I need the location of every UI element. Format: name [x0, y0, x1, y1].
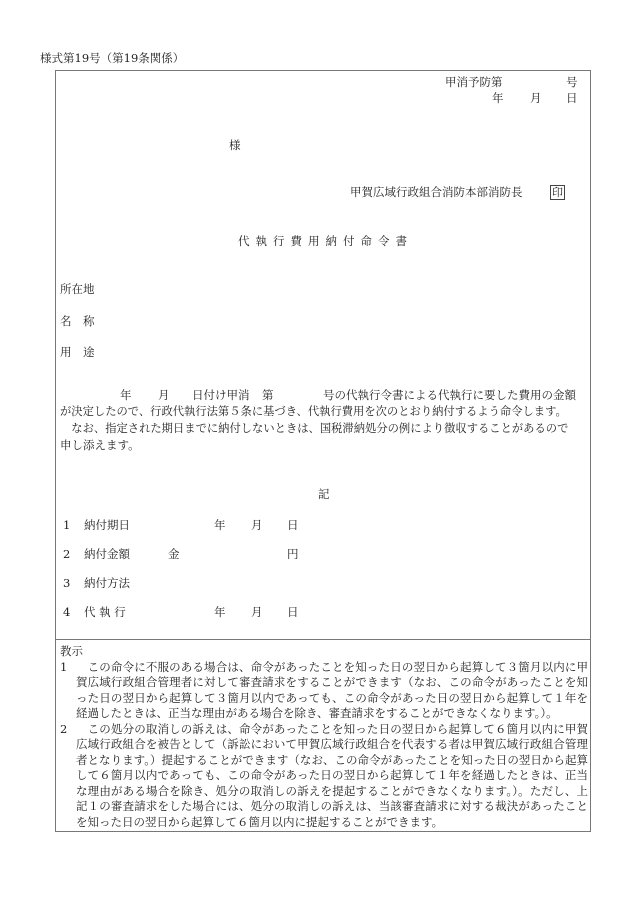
instruction-item: 2 この処分の取消しの訴えは、命令があったことを知った日の翌日から起算して６箇月… [60, 722, 588, 831]
date-day: 日 [566, 93, 578, 105]
doc-number-prefix: 甲消予防第 [445, 77, 503, 89]
body-month: 月 [158, 390, 170, 402]
date-month: 月 [530, 93, 542, 105]
item-month: 月 [251, 520, 263, 532]
doc-number-suffix: 号 [566, 77, 578, 89]
seal-mark: 印 [550, 185, 565, 200]
location-label: 所在地 [60, 284, 95, 296]
item-label: 納付期日 [84, 520, 130, 532]
item-label: 代 執 行 [84, 607, 126, 619]
name-label: 名 称 [60, 316, 95, 328]
date-year: 年 [492, 93, 504, 105]
use-label: 用 途 [60, 347, 95, 359]
instruction-number: 2 [60, 722, 76, 831]
item-label: 納付金額 [84, 549, 130, 561]
item-number: 2 [63, 549, 70, 561]
item-year: 年 [214, 607, 226, 619]
document-title: 代執行費用納付命令書 [238, 236, 413, 248]
body-line1-rest: 号の代執行令書による代執行に要した費用の金額 [323, 390, 576, 402]
item-number: 1 [63, 520, 70, 532]
addressee-honorific: 様 [229, 140, 241, 152]
section-divider [55, 639, 591, 640]
item-day: 日 [287, 607, 299, 619]
item-day: 日 [287, 520, 299, 532]
instruction-number: 1 [60, 660, 76, 722]
instruction-section: 教示 1 この命令に不服のある場合は、命令があったことを知った日の翌日から起算し… [60, 644, 588, 830]
item-month: 月 [251, 607, 263, 619]
item-label: 納付方法 [84, 578, 130, 590]
issuer-name: 甲賀広域行政組合消防本部消防長 [350, 187, 523, 199]
body-line2: が決定したので、行政代執行法第５条に基づき、代執行費用を次のとおり納付するよう命… [60, 406, 567, 417]
body-line4: 申し添えます。 [60, 440, 140, 452]
item-number: 4 [63, 607, 70, 619]
body-year: 年 [120, 390, 132, 402]
instruction-heading: 教示 [60, 644, 588, 660]
item-amount-prefix: 金 [168, 549, 180, 561]
body-date-text: 日付け甲消 [192, 390, 250, 402]
item-year: 年 [214, 520, 226, 532]
body-line3: なお、指定された期日までに納付しないときは、国税滞納処分の例により徴収することが… [60, 423, 568, 434]
instruction-text: この処分の取消しの訴えは、命令があったことを知った日の翌日から起算して６箇月以内… [76, 722, 588, 831]
body-dai: 第 [262, 390, 274, 402]
instruction-text: この命令に不服のある場合は、命令があったことを知った日の翌日から起算して３箇月以… [76, 660, 588, 722]
item-number: 3 [63, 578, 70, 590]
item-yen: 円 [287, 549, 299, 561]
form-label: 様式第19号（第19条関係） [40, 53, 184, 65]
ki-heading: 記 [318, 489, 330, 501]
instruction-item: 1 この命令に不服のある場合は、命令があったことを知った日の翌日から起算して３箇… [60, 660, 588, 722]
